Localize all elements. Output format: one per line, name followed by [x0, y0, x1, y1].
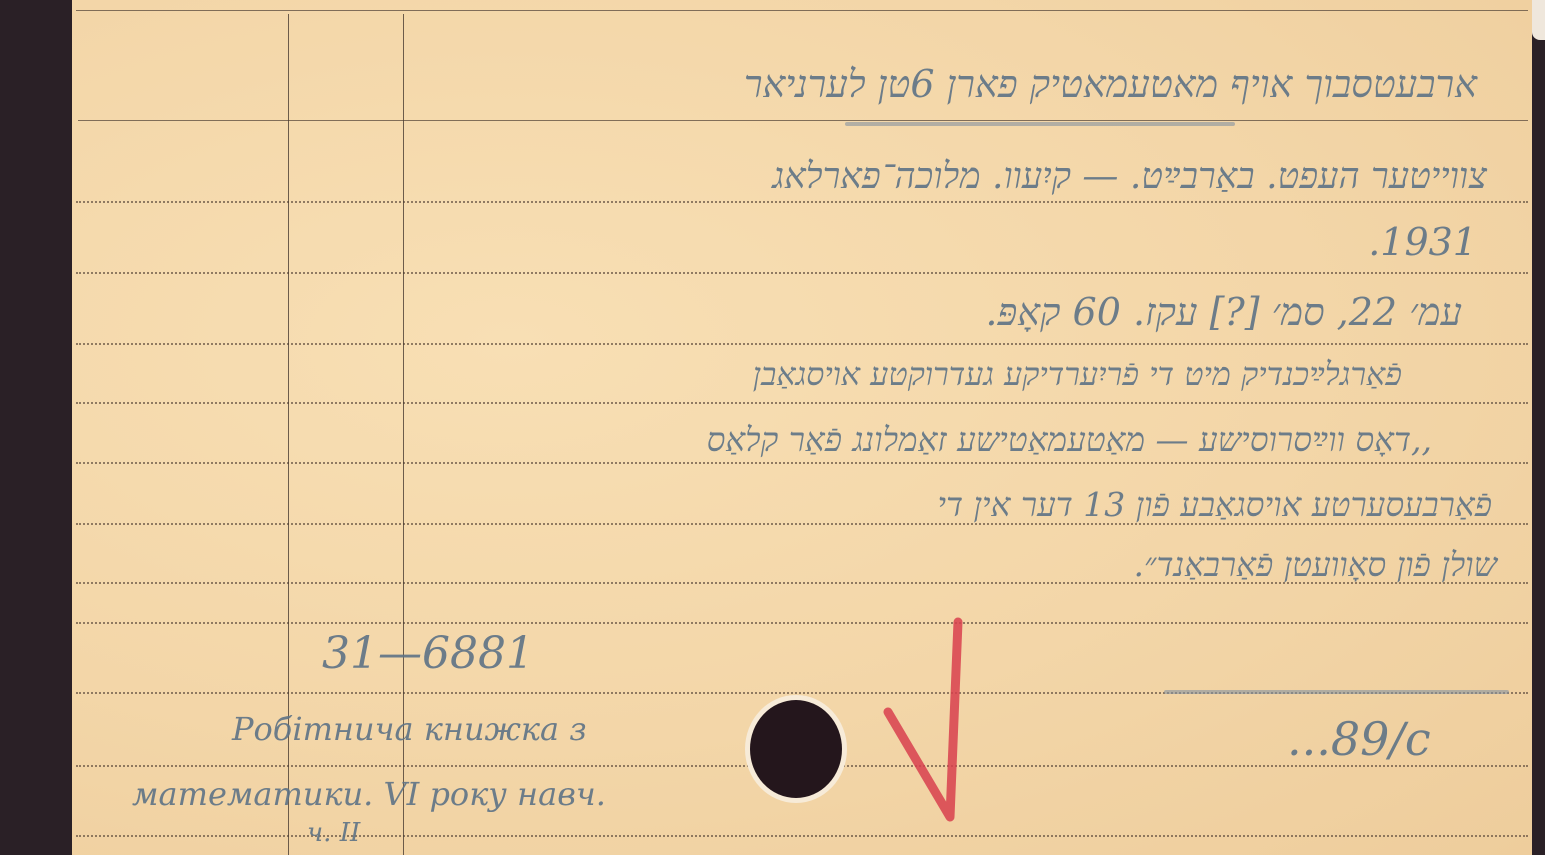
note-line-4: שולן פֿון סאָוועטן פֿאַרבאַנד״. — [1133, 545, 1497, 585]
punch-hole — [750, 700, 842, 798]
year-line: 1931. — [1368, 220, 1477, 264]
rule-line — [78, 120, 1528, 121]
rule-line — [76, 402, 1528, 404]
rule-line — [76, 10, 1528, 11]
rule-line — [76, 201, 1528, 203]
rule-line — [76, 835, 1528, 837]
title-line: ארבעטסבוך אויף מאטעמאטיק פארן 6טן לערניא… — [744, 62, 1477, 107]
pencil-underline — [845, 122, 1235, 126]
cyrillic-title-line-3: ч. II — [307, 818, 360, 848]
rule-line — [76, 462, 1528, 464]
shelf-code: ...89/c — [1287, 712, 1431, 766]
pencil-underline — [1164, 690, 1509, 694]
note-line-1: פֿאַרגלײַכנדיק מיט די פֿריִערדיקע געדרוק… — [753, 355, 1402, 393]
catalog-card: ארבעטסבוך אויף מאטעמאטיק פארן 6טן לערניא… — [72, 0, 1532, 855]
note-line-3: פֿאַרבעסערטע אויסגאַבע פֿון 13 דער אין ד… — [937, 485, 1492, 525]
note-line-2: ,,דאָס ווײַסרוסישע — מאַטעמאַטישע זאַמלו… — [707, 420, 1432, 460]
pages-price-line: עמ׳ 22, סמ׳ [?] עקז. 60 קאָפּ. — [985, 290, 1462, 335]
inventory-number: 31—6881 — [322, 628, 534, 679]
check-mark-icon — [880, 612, 980, 827]
scan-border — [1532, 0, 1545, 855]
scan-corner — [1532, 0, 1545, 40]
rule-line — [76, 622, 1528, 624]
cyrillic-title-line-2: математики. VI року навч. — [132, 775, 606, 813]
rule-line — [76, 272, 1528, 274]
rule-line — [76, 343, 1528, 345]
subtitle-line: צווייטער העפט. באַרבײַט. — קיִעוו. מלוכה… — [772, 155, 1487, 197]
cyrillic-title-line-1: Робітнича книжка з — [232, 710, 587, 748]
